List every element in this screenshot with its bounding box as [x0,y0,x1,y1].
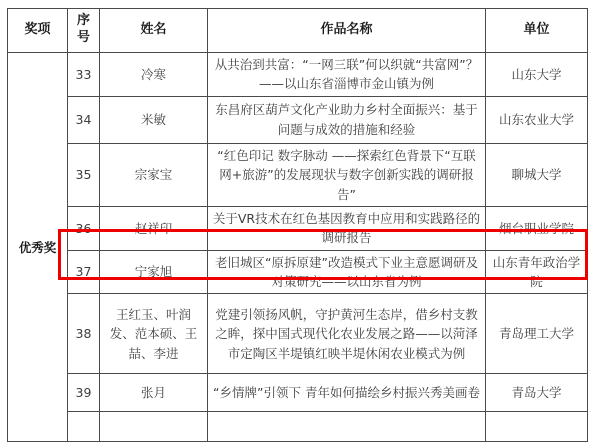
work-title-cell: 党建引领扬风帆，守护黄河生态岸，借乡村支教之眸，探中国式现代化农业发展之路——以… [208,294,486,374]
work-title-cell: 从共治到共富：“一网三联”何以织就“共富网”？——以山东省淄博市金山镇为例 [208,53,486,97]
table-row: 优秀奖 33 冷寒 从共治到共富：“一网三联”何以织就“共富网”？——以山东省淄… [8,53,588,97]
name-cell: 冷寒 [100,53,208,97]
work-title-cell: “红色印记 数字脉动 ——探索红色背景下“互联网+旅游”的发展现状与数字创新实践… [208,143,486,206]
organization-cell: 青岛理工大学 [486,294,588,374]
name-cell: 赵祥印 [100,206,208,250]
work-title-cell: 关于VR技术在红色基因教育中应用和实践路径的调研报告 [208,206,486,250]
award-results-table: 奖项 序号 姓名 作品名称 单位 优秀奖 33 冷寒 从共治到共富：“一网三联”… [7,8,588,402]
index-cell: 36 [68,206,100,250]
name-cell: 米敏 [100,96,208,143]
index-cell: 33 [68,53,100,97]
table-row: 34 米敏 东昌府区葫芦文化产业助力乡村全面振兴：基于问题与成效的措施和经验 山… [8,96,588,143]
work-title-cell: 东昌府区葫芦文化产业助力乡村全面振兴：基于问题与成效的措施和经验 [208,96,486,143]
organization-cell: 烟台职业学院 [486,206,588,250]
index-cell: 35 [68,143,100,206]
work-title-cell: 老旧城区“原拆原建”改造模式下业主意愿调研及对策研究——以山东省为例 [208,250,486,294]
header-work-title: 作品名称 [208,9,486,53]
table-row: 35 宗家宝 “红色印记 数字脉动 ——探索红色背景下“互联网+旅游”的发展现状… [8,143,588,206]
table-row: 39 张月 “乡情牌”引领下 青年如何描绘乡村振兴秀美画卷 青岛大学 [8,374,588,402]
index-cell: 39 [68,374,100,402]
name-cell: 宁家旭 [100,250,208,294]
work-title-cell: “乡情牌”引领下 青年如何描绘乡村振兴秀美画卷 [208,374,486,402]
index-cell: 38 [68,294,100,374]
header-organization: 单位 [486,9,588,53]
organization-cell: 山东农业大学 [486,96,588,143]
award-group-cell: 优秀奖 [8,53,68,402]
name-cell: 王红玉、叶润发、范本硕、王喆、李进 [100,294,208,374]
header-award: 奖项 [8,9,68,53]
table-row: 38 王红玉、叶润发、范本硕、王喆、李进 党建引领扬风帆，守护黄河生态岸，借乡村… [8,294,588,374]
table-row-highlighted: 37 宁家旭 老旧城区“原拆原建”改造模式下业主意愿调研及对策研究——以山东省为… [8,250,588,294]
organization-cell: 山东青年政治学院 [486,250,588,294]
index-cell: 37 [68,250,100,294]
header-index-label: 序号 [76,13,91,47]
header-name: 姓名 [100,9,208,53]
header-index: 序号 [68,9,100,53]
table-header-row: 奖项 序号 姓名 作品名称 单位 [8,9,588,53]
table-row: 36 赵祥印 关于VR技术在红色基因教育中应用和实践路径的调研报告 烟台职业学院 [8,206,588,250]
name-cell: 宗家宝 [100,143,208,206]
organization-cell: 聊城大学 [486,143,588,206]
index-cell: 34 [68,96,100,143]
organization-cell: 青岛大学 [486,374,588,402]
organization-cell: 山东大学 [486,53,588,97]
name-cell: 张月 [100,374,208,402]
